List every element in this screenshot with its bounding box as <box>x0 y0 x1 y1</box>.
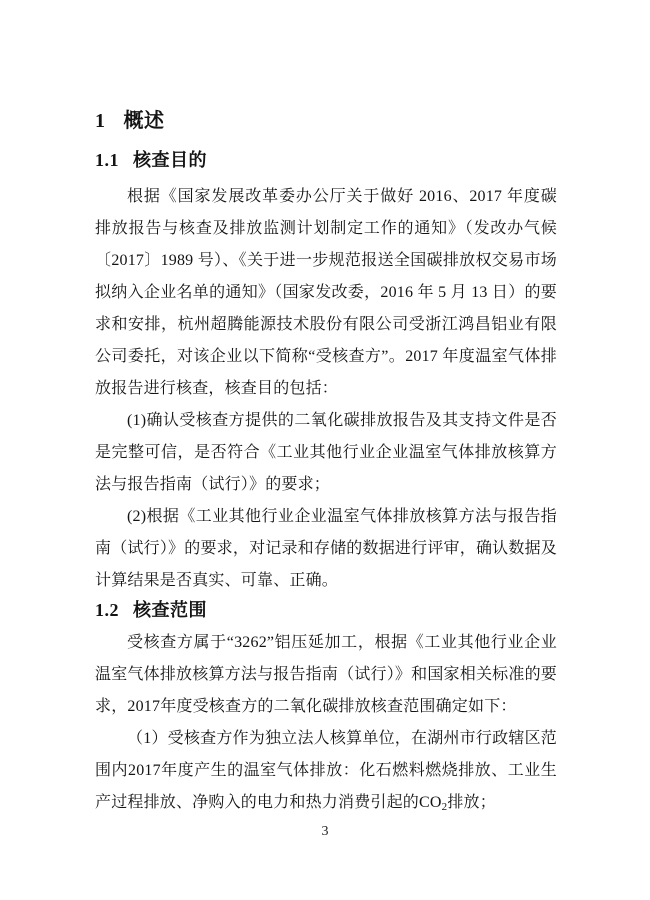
heading-1-2-verification-scope: 1.2核查范围 <box>95 598 557 622</box>
heading-1-2-title: 核查范围 <box>133 600 207 620</box>
paragraph-basis-and-commission: 根据《国家发展改革委办公厅关于做好 2016、2017 年度碳排放报告与核查及排… <box>95 181 557 405</box>
heading-1-1-verification-purpose: 1.1核查目的 <box>95 148 557 172</box>
heading-1-overview: 1概述 <box>95 108 557 134</box>
paragraph-purpose-item-2: (2)根据《工业其他行业企业温室气体排放核算方法与报告指南（试行）》的要求，对记… <box>95 501 557 597</box>
page-number: 3 <box>0 824 650 840</box>
document-content: 1概述 1.1核查目的 根据《国家发展改革委办公厅关于做好 2016、2017 … <box>95 0 557 819</box>
heading-1-2-number: 1.2 <box>95 600 119 620</box>
scope-item-text-after-co2: 排放； <box>447 794 496 811</box>
heading-1-title: 概述 <box>124 110 165 132</box>
heading-1-1-number: 1.1 <box>95 150 119 170</box>
paragraph-scope-intro: 受核查方属于“3262”铝压延加工，根据《工业其他行业企业温室气体排放核算方法与… <box>95 627 557 723</box>
paragraph-purpose-item-1: (1)确认受核查方提供的二氧化碳排放报告及其支持文件是否是完整可信，是否符合《工… <box>95 405 557 501</box>
heading-1-number: 1 <box>95 110 106 132</box>
paragraph-scope-item-1: （1）受核查方作为独立法人核算单位，在湖州市行政辖区范围内2017年度产生的温室… <box>95 723 557 819</box>
document-page: 1概述 1.1核查目的 根据《国家发展改革委办公厅关于做好 2016、2017 … <box>0 0 650 900</box>
heading-1-1-title: 核查目的 <box>133 150 207 170</box>
